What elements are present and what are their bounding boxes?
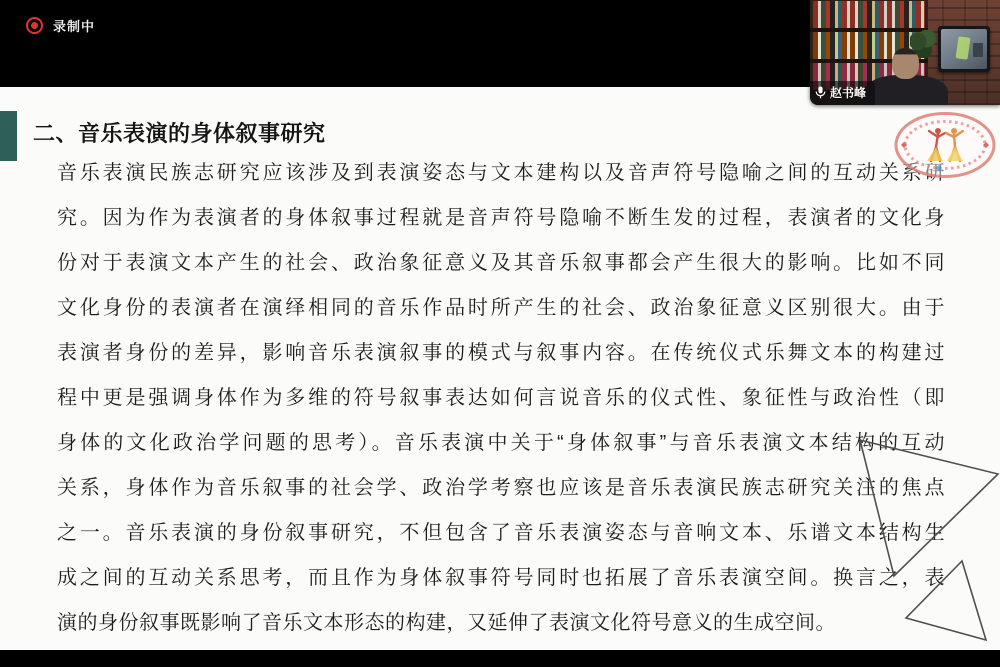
record-dot-icon bbox=[26, 17, 43, 34]
slide-text-line: 之一。音乐表演的身份叙事研究，不但包含了音乐表演姿态与音响文本、乐谱文本结构生 bbox=[57, 511, 945, 556]
participant-name-tag: 赵书峰 bbox=[810, 81, 875, 105]
slide-body-text: 音乐表演民族志研究应该涉及到表演姿态与文本建构以及音声符号隐喻之间的互动关系研究… bbox=[57, 151, 945, 646]
participant-name: 赵书峰 bbox=[830, 84, 866, 101]
slide-text-line: 成之间的互动关系思考，而且作为身体叙事符号同时也拓展了音乐表演空间。换言之，表 bbox=[57, 556, 945, 601]
microphone-icon bbox=[815, 86, 826, 99]
book-spines-row bbox=[813, 1, 925, 28]
presentation-slide: 二、音乐表演的身体叙事研究 音乐表演民族志研究应该涉及到表演姿态与文本建构以及音… bbox=[0, 87, 1000, 650]
dancers-seal-logo bbox=[893, 111, 997, 179]
bottom-bar bbox=[0, 650, 1000, 667]
slide-text-line: 关系，身体作为音乐叙事的社会学、政治学考察也应该是音乐表演民族志研究关注的焦点 bbox=[57, 466, 945, 511]
slide-title: 二、音乐表演的身体叙事研究 bbox=[33, 117, 326, 148]
participant-video-tile[interactable]: 赵书峰 bbox=[810, 0, 1000, 105]
meeting-window: 录制中 二、音乐表演的身体叙事研究 音乐表演民族志研究应该涉及到表演姿态与文本建… bbox=[0, 0, 1000, 667]
slide-text-line: 表演者身份的差异，影响音乐表演叙事的模式与叙事内容。在传统仪式乐舞文本的构建过 bbox=[57, 331, 945, 376]
slide-text-line: 究。因为作为表演者的身体叙事过程就是音声符号隐喻不断生发的过程，表演者的文化身 bbox=[57, 196, 945, 241]
slide-text-line: 演的身份叙事既影响了音乐文本形态的构建，又延伸了表演文化符号意义的生成空间。 bbox=[57, 601, 945, 646]
recording-indicator[interactable]: 录制中 bbox=[26, 16, 95, 35]
slide-text-line: 份对于表演文本产生的社会、政治象征意义及其音乐叙事都会产生很大的影响。比如不同 bbox=[57, 241, 945, 286]
title-accent-bar bbox=[0, 111, 17, 161]
slide-text-line: 文化身份的表演者在演绎相同的音乐作品时所产生的社会、政治象征意义区别很大。由于 bbox=[57, 286, 945, 331]
slide-text-line: 程中更是强调身体作为多维的符号叙事表达如何言说音乐的仪式性、象征性与政治性（即 bbox=[57, 376, 945, 421]
slide-text-line: 音乐表演民族志研究应该涉及到表演姿态与文本建构以及音声符号隐喻之间的互动关系研 bbox=[57, 151, 945, 196]
recording-label: 录制中 bbox=[53, 16, 95, 35]
slide-text-line: 身体的文化政治学问题的思考）。音乐表演中关于“身体叙事”与音乐表演文本结构的互动 bbox=[57, 421, 945, 466]
